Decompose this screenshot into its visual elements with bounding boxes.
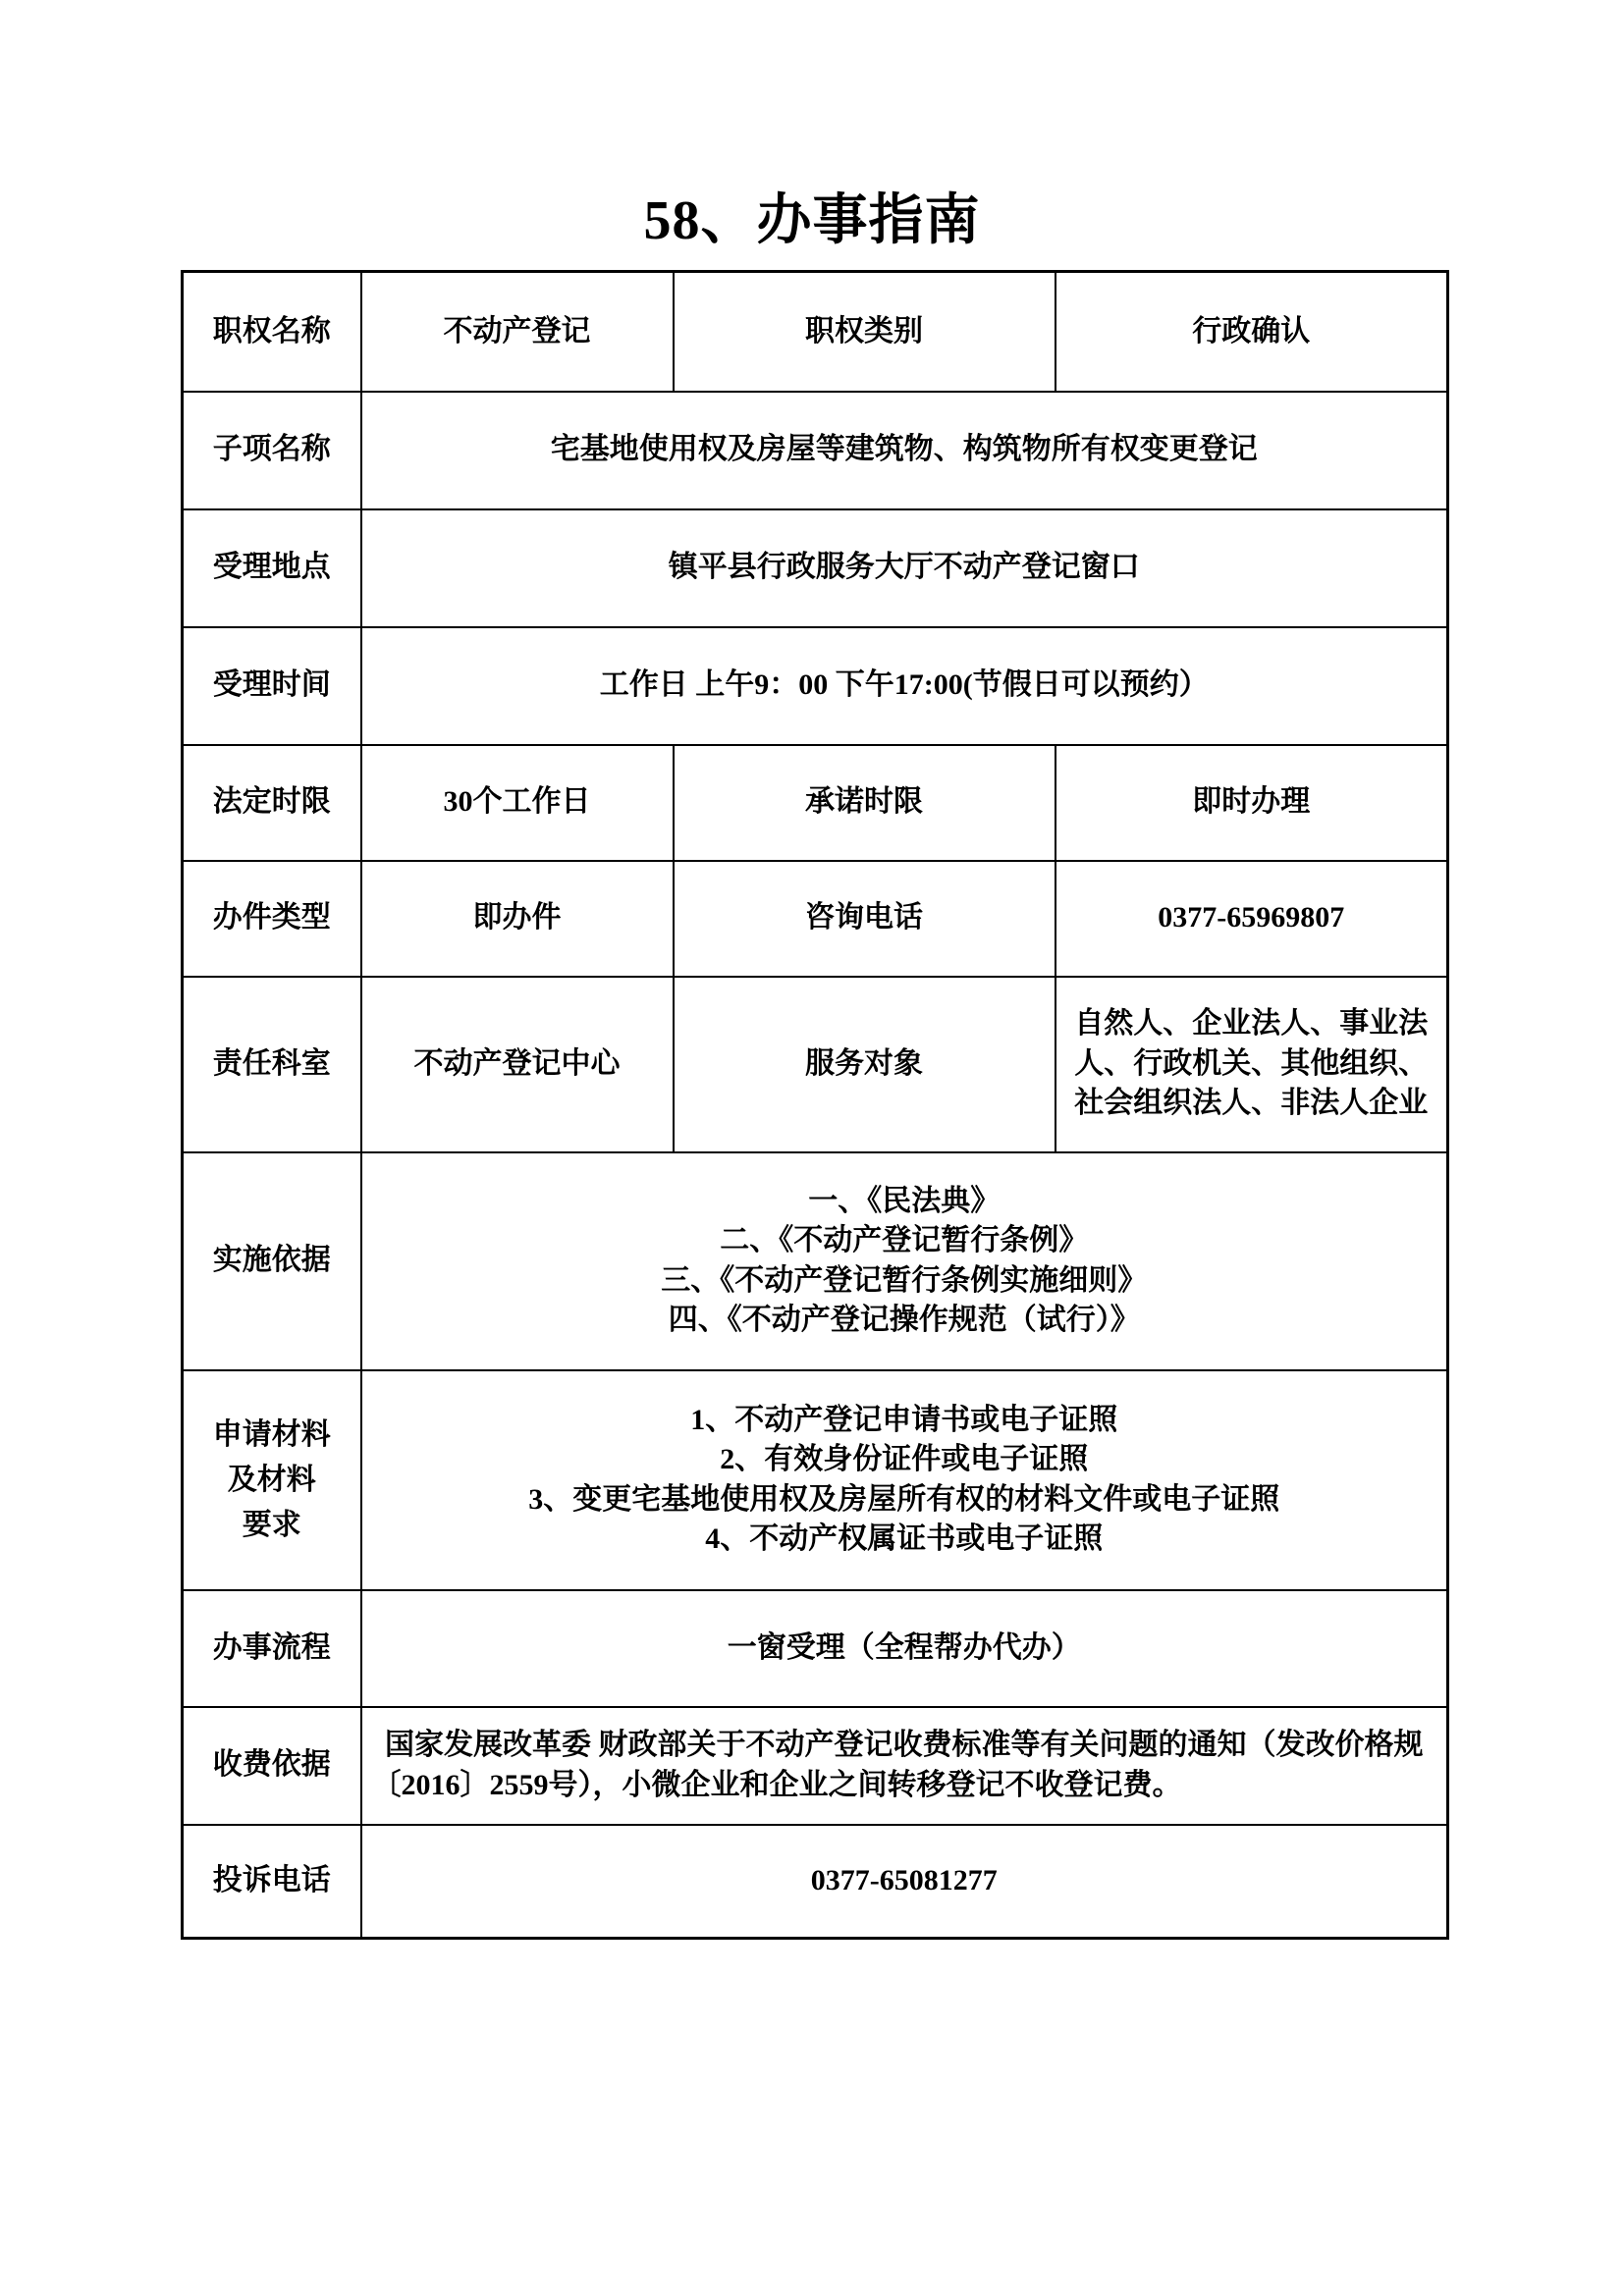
page-title: 58、办事指南 <box>0 177 1624 255</box>
phone-number: 0377-65969807 <box>1056 861 1448 977</box>
cell-value: 自然人、企业法人、事业法人、行政机关、其他组织、社会组织法人、非法人企业 <box>1056 977 1448 1152</box>
table-row: 申请材料 及材料 要求 1、不动产登记申请书或电子证照 2、有效身份证件或电子证… <box>183 1370 1448 1590</box>
phone-number: 0377-65081277 <box>361 1825 1448 1939</box>
table-row: 法定时限 30个工作日 承诺时限 即时办理 <box>183 745 1448 861</box>
table-row: 受理时间 工作日 上午9：00 下午17:00(节假日可以预约） <box>183 627 1448 745</box>
cell-value: 宅基地使用权及房屋等建筑物、构筑物所有权变更登记 <box>361 392 1448 509</box>
list-item: 四、《不动产登记操作规范（试行）》 <box>372 1301 1437 1341</box>
cell-value: 镇平县行政服务大厅不动产登记窗口 <box>361 509 1448 627</box>
legal-basis-list: 一、《民法典》 二、《不动产登记暂行条例》 三、《不动产登记暂行条例实施细则》 … <box>361 1152 1448 1370</box>
table-row: 职权名称 不动产登记 职权类别 行政确认 <box>183 272 1448 392</box>
row-label: 职权名称 <box>183 272 361 392</box>
list-item: 一、《民法典》 <box>372 1182 1437 1222</box>
list-item: 1、不动产登记申请书或电子证照 <box>372 1401 1437 1441</box>
table-row: 办事流程 一窗受理（全程帮办代办） <box>183 1590 1448 1707</box>
row-label: 受理地点 <box>183 509 361 627</box>
table-row: 受理地点 镇平县行政服务大厅不动产登记窗口 <box>183 509 1448 627</box>
list-item: 3、变更宅基地使用权及房屋所有权的材料文件或电子证照 <box>372 1480 1437 1521</box>
row-label: 实施依据 <box>183 1152 361 1370</box>
row-label: 办件类型 <box>183 861 361 977</box>
table-row: 收费依据 国家发展改革委 财政部关于不动产登记收费标准等有关问题的通知（发改价格… <box>183 1707 1448 1825</box>
cell-value: 即办件 <box>361 861 674 977</box>
cell-value: 不动产登记 <box>361 272 674 392</box>
cell-value: 国家发展改革委 财政部关于不动产登记收费标准等有关问题的通知（发改价格规〔201… <box>361 1707 1448 1825</box>
row-label: 服务对象 <box>674 977 1056 1152</box>
list-item: 三、《不动产登记暂行条例实施细则》 <box>372 1261 1437 1302</box>
row-label: 承诺时限 <box>674 745 1056 861</box>
table-row: 子项名称 宅基地使用权及房屋等建筑物、构筑物所有权变更登记 <box>183 392 1448 509</box>
cell-value: 30个工作日 <box>361 745 674 861</box>
list-item: 2、有效身份证件或电子证照 <box>372 1440 1437 1480</box>
row-label: 子项名称 <box>183 392 361 509</box>
cell-value: 工作日 上午9：00 下午17:00(节假日可以预约） <box>361 627 1448 745</box>
row-label: 申请材料 及材料 要求 <box>183 1370 361 1590</box>
row-label: 咨询电话 <box>674 861 1056 977</box>
cell-value: 即时办理 <box>1056 745 1448 861</box>
cell-value: 不动产登记中心 <box>361 977 674 1152</box>
materials-list: 1、不动产登记申请书或电子证照 2、有效身份证件或电子证照 3、变更宅基地使用权… <box>361 1370 1448 1590</box>
row-label: 办事流程 <box>183 1590 361 1707</box>
row-label: 法定时限 <box>183 745 361 861</box>
table-row: 实施依据 一、《民法典》 二、《不动产登记暂行条例》 三、《不动产登记暂行条例实… <box>183 1152 1448 1370</box>
row-label: 责任科室 <box>183 977 361 1152</box>
list-item: 4、不动产权属证书或电子证照 <box>372 1520 1437 1560</box>
row-label: 职权类别 <box>674 272 1056 392</box>
cell-value: 行政确认 <box>1056 272 1448 392</box>
service-guide-table: 职权名称 不动产登记 职权类别 行政确认 子项名称 宅基地使用权及房屋等建筑物、… <box>181 270 1449 1940</box>
row-label: 收费依据 <box>183 1707 361 1825</box>
cell-value: 一窗受理（全程帮办代办） <box>361 1590 1448 1707</box>
row-label: 投诉电话 <box>183 1825 361 1939</box>
table-row: 办件类型 即办件 咨询电话 0377-65969807 <box>183 861 1448 977</box>
table-row: 投诉电话 0377-65081277 <box>183 1825 1448 1939</box>
list-item: 二、《不动产登记暂行条例》 <box>372 1221 1437 1261</box>
row-label: 受理时间 <box>183 627 361 745</box>
table-row: 责任科室 不动产登记中心 服务对象 自然人、企业法人、事业法人、行政机关、其他组… <box>183 977 1448 1152</box>
